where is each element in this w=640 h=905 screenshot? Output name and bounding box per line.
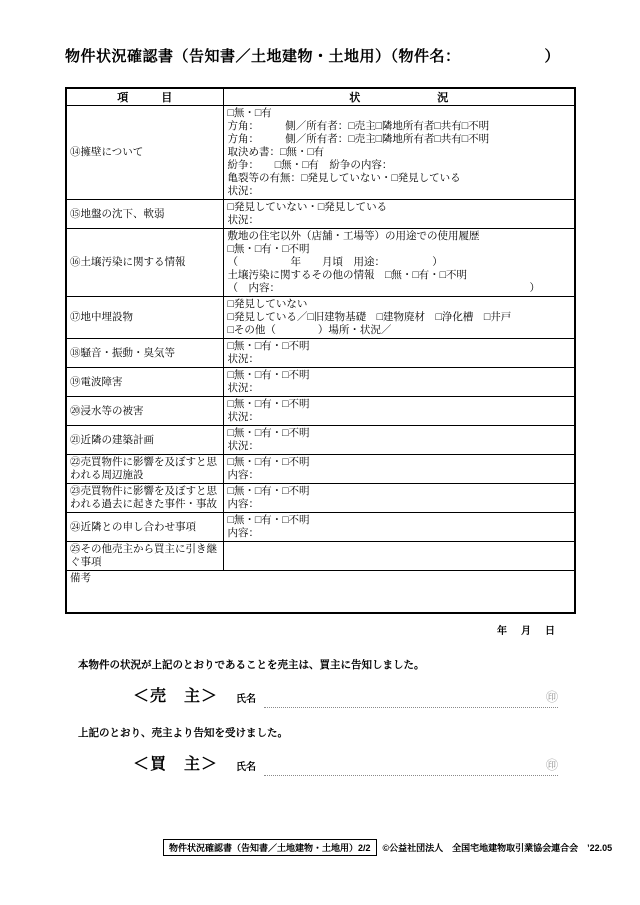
status-line: （ 年 月頃 用途： ）	[228, 256, 571, 269]
status-line: □無・□有・□不明	[228, 340, 571, 353]
item-label: ⑯土壌汚染に関する情報	[66, 229, 223, 297]
table-row: ㉒売買物件に影響を及ぼすと思われる周辺施設□無・□有・□不明内容：	[66, 455, 575, 484]
status-line: □無・□有	[228, 107, 571, 120]
status-line: 状況：	[228, 353, 571, 366]
table-row: ㉕その他売主から買主に引き継ぐ事項	[66, 542, 575, 571]
buyer-statement: 上記のとおり、売主より告知を受けました。	[78, 726, 576, 740]
table-row: ㉑近隣の建築計画□無・□有・□不明状況：	[66, 426, 575, 455]
status-cell: □発見していない□発見している／□旧建物基礎 □建物廃材 □浄化槽 □井戸□その…	[223, 297, 575, 339]
remarks-row: 備考	[66, 571, 575, 613]
status-line: □発見している／□旧建物基礎 □建物廃材 □浄化槽 □井戸	[228, 311, 571, 324]
item-label: ⑭擁壁について	[66, 106, 223, 200]
status-cell: □無・□有・□不明状況：	[223, 339, 575, 368]
status-cell	[223, 542, 575, 571]
table-row: ⑲電波障害□無・□有・□不明状況：	[66, 368, 575, 397]
status-line: 土壌汚染に関するその他の情報 □無・□有・□不明	[228, 269, 571, 282]
status-line: 状況：	[228, 440, 571, 453]
status-cell: 敷地の住宅以外（店舗・工場等）の用途での使用履歴□無・□有・□不明（ 年 月頃 …	[223, 229, 575, 297]
date-line: 年 月 日	[65, 622, 576, 637]
document-page: 物件状況確認書（告知書／土地建物・土地用）（物件名： ） 項 目 状 況 ⑭擁壁…	[0, 0, 640, 905]
item-label: ⑱騒音・振動・臭気等	[66, 339, 223, 368]
status-line: □無・□有・□不明	[228, 514, 571, 527]
buyer-name-line: ㊞	[264, 754, 558, 776]
table-row: ⑳浸水等の被害□無・□有・□不明状況：	[66, 397, 575, 426]
status-line: □その他（ ）場所・状況／	[228, 324, 571, 337]
status-line: □無・□有・□不明	[228, 485, 571, 498]
item-label: ⑳浸水等の被害	[66, 397, 223, 426]
status-cell: □無・□有・□不明内容：	[223, 455, 575, 484]
status-cell: □無・□有・□不明状況：	[223, 368, 575, 397]
status-cell: □無・□有・□不明内容：	[223, 484, 575, 513]
property-status-table: 項 目 状 況 ⑭擁壁について□無・□有方角： 側／所有者：□売主□隣地所有者□…	[65, 87, 576, 614]
status-line: □無・□有・□不明	[228, 243, 571, 256]
seller-name-line: ㊞	[264, 686, 558, 708]
col-header-status: 状 況	[223, 88, 575, 106]
status-line: （ 内容：）	[228, 282, 571, 295]
seal-icon: ㊞	[546, 688, 558, 705]
status-line: 状況：	[228, 382, 571, 395]
table-row: ⑯土壌汚染に関する情報敷地の住宅以外（店舗・工場等）の用途での使用履歴□無・□有…	[66, 229, 575, 297]
table-row: ㉓売買物件に影響を及ぼすと思われる過去に起きた事件・事故□無・□有・□不明内容：	[66, 484, 575, 513]
document-content: 物件状況確認書（告知書／土地建物・土地用）（物件名： ） 項 目 状 況 ⑭擁壁…	[65, 0, 576, 776]
table-row: ⑱騒音・振動・臭気等□無・□有・□不明状況：	[66, 339, 575, 368]
status-cell: □発見していない・□発見している状況：	[223, 200, 575, 229]
seller-signature-row: ＜売 主＞ 氏名 ㊞	[133, 681, 576, 708]
status-line: 方角： 側／所有者：□売主□隣地所有者□共有□不明	[228, 120, 571, 133]
item-label: ㉒売買物件に影響を及ぼすと思われる周辺施設	[66, 455, 223, 484]
table-row: ⑮地盤の沈下、軟弱□発見していない・□発見している状況：	[66, 200, 575, 229]
buyer-party-label: ＜買 主＞	[133, 754, 218, 776]
item-label: ⑮地盤の沈下、軟弱	[66, 200, 223, 229]
seal-icon: ㊞	[546, 756, 558, 773]
page-footer: 物件状況確認書（告知書／土地建物・土地用）2/2 ©公益社団法人 全国宅地建物取…	[163, 839, 612, 856]
form-table-body: 項 目 状 況 ⑭擁壁について□無・□有方角： 側／所有者：□売主□隣地所有者□…	[66, 88, 575, 613]
status-line: □無・□有・□不明	[228, 427, 571, 440]
status-line: 内容：	[228, 469, 571, 482]
status-line: 取決め書：□無・□有	[228, 146, 571, 159]
page-title-text: 物件状況確認書（告知書／土地建物・土地用）（物件名：	[65, 47, 461, 67]
footer-credit: ©公益社団法人 全国宅地建物取引業協会連合会 ’22.05	[383, 841, 613, 854]
col-header-item: 項 目	[66, 88, 223, 106]
status-line: 内容：	[228, 527, 571, 540]
seller-party-label: ＜売 主＞	[133, 686, 218, 708]
status-line: 状況：	[228, 411, 571, 424]
item-label: ㉔近隣との申し合わせ事項	[66, 513, 223, 542]
seller-name-label: 氏名	[236, 690, 256, 705]
table-row: ⑰地中埋設物□発見していない□発見している／□旧建物基礎 □建物廃材 □浄化槽 …	[66, 297, 575, 339]
status-line: □無・□有・□不明	[228, 398, 571, 411]
page-title: 物件状況確認書（告知書／土地建物・土地用）（物件名： ）	[65, 47, 576, 67]
item-label: ㉓売買物件に影響を及ぼすと思われる過去に起きた事件・事故	[66, 484, 223, 513]
status-line: 状況：	[228, 214, 571, 227]
status-cell: □無・□有・□不明内容：	[223, 513, 575, 542]
status-line-right: ）	[530, 282, 541, 295]
item-label: ⑲電波障害	[66, 368, 223, 397]
item-label: ⑰地中埋設物	[66, 297, 223, 339]
table-header-row: 項 目 状 況	[66, 88, 575, 106]
status-line: 敷地の住宅以外（店舗・工場等）の用途での使用履歴	[228, 230, 571, 243]
buyer-signature-row: ＜買 主＞ 氏名 ㊞	[133, 749, 576, 776]
status-cell: □無・□有方角： 側／所有者：□売主□隣地所有者□共有□不明方角： 側／所有者：…	[223, 106, 575, 200]
status-line: 亀裂等の有無：□発見していない・□発見している	[228, 172, 571, 185]
seller-statement: 本物件の状況が上記のとおりであることを売主は、買主に告知しました。	[78, 658, 576, 672]
status-cell: □無・□有・□不明状況：	[223, 426, 575, 455]
status-line: 内容：	[228, 498, 571, 511]
status-line: 方角： 側／所有者：□売主□隣地所有者□共有□不明	[228, 133, 571, 146]
status-line: □無・□有・□不明	[228, 369, 571, 382]
page-title-close-paren: ）	[544, 47, 560, 67]
status-line-left: （ 内容：	[228, 282, 281, 295]
status-line: 紛争： □無・□有 紛争の内容：	[228, 159, 571, 172]
status-line: □無・□有・□不明	[228, 456, 571, 469]
footer-doc-label: 物件状況確認書（告知書／土地建物・土地用）2/2	[163, 839, 377, 856]
buyer-name-label: 氏名	[236, 758, 256, 773]
table-row: ㉔近隣との申し合わせ事項□無・□有・□不明内容：	[66, 513, 575, 542]
status-line: □発見していない・□発見している	[228, 201, 571, 214]
status-cell: □無・□有・□不明状況：	[223, 397, 575, 426]
item-label: ㉑近隣の建築計画	[66, 426, 223, 455]
status-line: □発見していない	[228, 298, 571, 311]
remarks-label: 備考	[66, 571, 575, 613]
item-label: ㉕その他売主から買主に引き継ぐ事項	[66, 542, 223, 571]
table-row: ⑭擁壁について□無・□有方角： 側／所有者：□売主□隣地所有者□共有□不明方角：…	[66, 106, 575, 200]
status-line: 状況：	[228, 185, 571, 198]
